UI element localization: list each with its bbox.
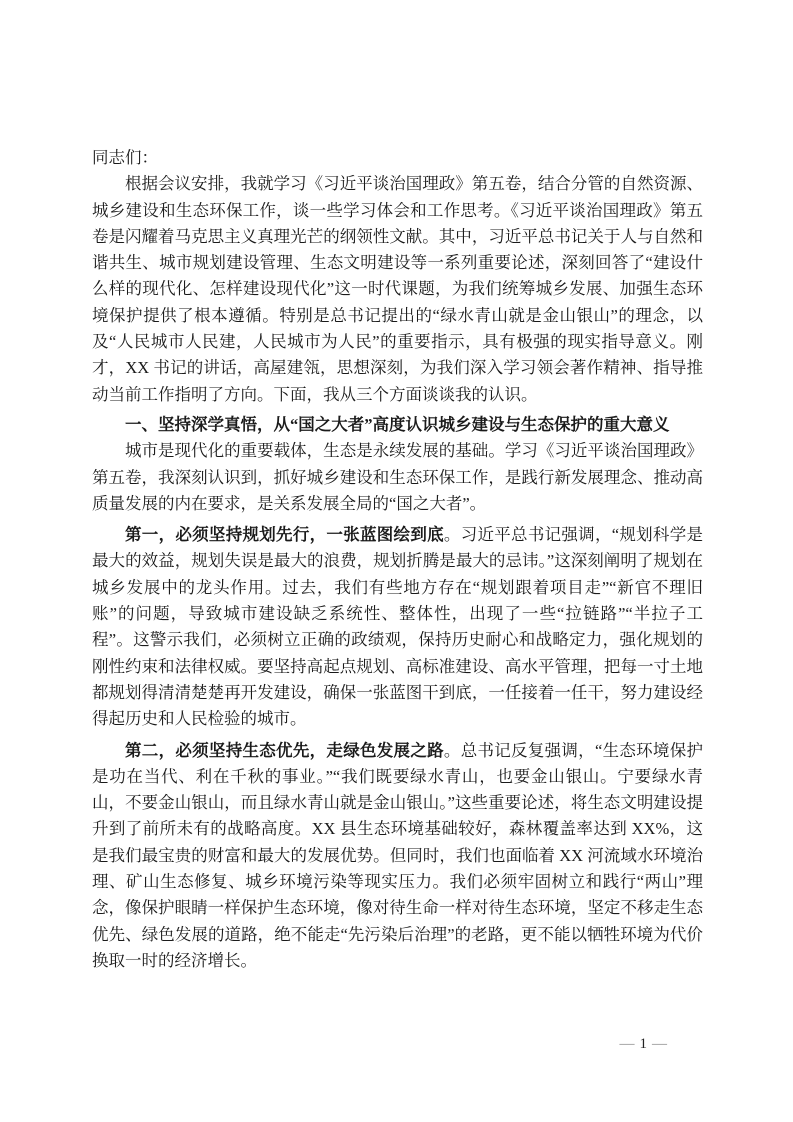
document-page: 同志们： 根据会议安排，我就学习《习近平谈治国理政》第五卷，结合分管的自然资源、… [0,0,793,1122]
intro-paragraph: 根据会议安排，我就学习《习近平谈治国理政》第五卷，结合分管的自然资源、城乡建设和… [92,171,703,408]
point-2-bold-lead: 第二，必须坚持生态优先，走绿色发展之路 [125,741,444,760]
salutation: 同志们： [92,145,703,171]
page-footer: —1— [620,1034,670,1054]
section-heading-1: 一、坚持深学真悟，从“国之大者”高度认识城乡建设与生态保护的重大意义 [92,412,703,438]
point-2-paragraph: 第二，必须坚持生态优先，走绿色发展之路。总书记反复强调，“生态环境保护是功在当代… [92,738,703,975]
point-1-bold-lead: 第一，必须坚持规划先行，一张蓝图绘到底 [125,525,444,544]
page-number: 1 [637,1036,653,1052]
footer-right-dash: — [652,1036,669,1052]
section1-lead-paragraph: 城市是现代化的重要载体，生态是永续发展的基础。学习《习近平谈治国理政》第五卷，我… [92,438,703,517]
footer-left-dash: — [620,1036,637,1052]
document-body: 同志们： 根据会议安排，我就学习《习近平谈治国理政》第五卷，结合分管的自然资源、… [92,145,703,974]
point-1-paragraph: 第一，必须坚持规划先行，一张蓝图绘到底。习近平总书记强调，“规划科学是最大的效益… [92,522,703,732]
point-2-body-text: 。总书记反复强调，“生态环境保护是功在当代、利在千秋的事业。”“我们既要绿水青山… [92,741,703,970]
point-1-body-text: 。习近平总书记强调，“规划科学是最大的效益，规划失误是最大的浪费，规划折腾是最大… [92,525,703,728]
